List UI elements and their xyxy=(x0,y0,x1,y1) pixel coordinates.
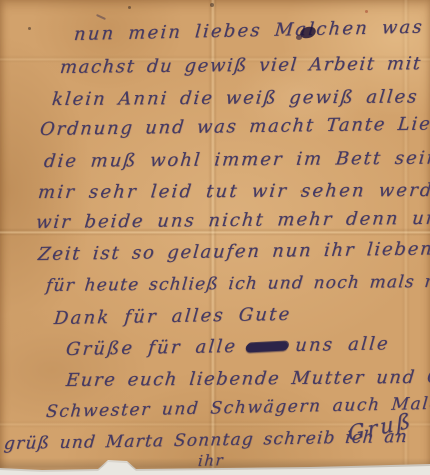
handwritten-line: mir sehr leid tut wir sehen werden xyxy=(37,180,430,203)
stray-stroke xyxy=(96,14,106,20)
ink-speck xyxy=(28,27,31,30)
ink-speck xyxy=(128,6,131,9)
handwritten-line-with-strikethrough: Grüße für alleuns alle xyxy=(65,333,391,360)
ink-speck xyxy=(210,3,214,7)
handwritten-line: Zeit ist so gelaufen nun ihr lieben alle xyxy=(37,238,430,265)
handwritten-line: nun mein liebes Malchen was xyxy=(73,17,425,45)
handwritten-line: die muß wohl immer im Bett sein was xyxy=(43,147,430,172)
paper-fleck xyxy=(365,10,368,13)
handwritten-line: klein Anni die weiß gewiß alles in xyxy=(51,86,430,110)
handwritten-line: Ordnung und was macht Tante Lieschen xyxy=(39,113,430,140)
handwritten-line: machst du gewiß viel Arbeit mit xyxy=(59,53,423,78)
crossed-out-word xyxy=(246,341,289,352)
greeting-text-after: uns alle xyxy=(294,333,390,356)
postscript-word: ihr xyxy=(197,451,224,470)
handwritten-line: für heute schließ ich und noch mals mein… xyxy=(45,271,430,296)
handwritten-line: wir beide uns nicht mehr denn unsere xyxy=(35,207,430,233)
letter-paper: nun mein liebes Malchen was machst du ge… xyxy=(0,0,430,475)
greeting-text-before: Grüße für alle xyxy=(65,336,238,360)
handwritten-line: Dank für alles Gute xyxy=(53,304,292,329)
handwritten-line: Eure euch liebende Mutter und Oma xyxy=(65,366,430,391)
